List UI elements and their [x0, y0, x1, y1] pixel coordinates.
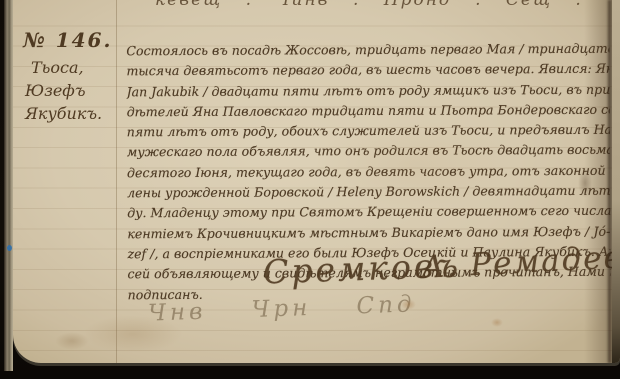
body-line: пяти лѣтъ отъ роду, обоихъ служителей из… — [127, 120, 610, 143]
body-line: Jan Jakubik / двадцати пяти лѣтъ отъ род… — [127, 79, 610, 102]
body-line: ду. Младенцу этому при Святомъ Крещеніи … — [127, 201, 610, 224]
margin-place-name: Тьоса, — [31, 58, 84, 77]
page-crease — [608, 0, 611, 363]
margin-child-given-name: Юзефъ — [25, 81, 85, 100]
register-page: кевещ . Чинв . Пронд . Сещ . № 146. Тьос… — [13, 0, 620, 363]
body-line: дѣтелей Яна Павловскаго тридцати пяти и … — [127, 100, 610, 123]
scanned-register-photo: кевещ . Чинв . Пронд . Сещ . № 146. Тьос… — [0, 0, 620, 379]
body-line: кентіемъ Крочивницкимъ мѣстнымъ Викаріем… — [127, 221, 610, 244]
facing-page-sliver — [612, 0, 620, 363]
record-number: № 146. — [23, 28, 112, 52]
body-line: Состоялось въ посадѣ Жоссовѣ, тридцать п… — [126, 39, 609, 62]
blue-ink-dot — [7, 245, 12, 251]
header-fragment-cutoff: кевещ . Чинв . Пронд . Сещ . — [155, 0, 583, 10]
margin-rule-line — [116, 0, 117, 363]
body-line: десятого Іюня, текущаго года, въ девять … — [127, 161, 610, 184]
book-page-stack-edge — [4, 0, 13, 371]
body-line: лены урожденной Боровской / Heleny Borow… — [127, 181, 610, 204]
margin-child-surname: Якубикъ. — [25, 104, 102, 123]
body-line: тысяча девятьсотъ перваго года, въ шесть… — [126, 59, 609, 82]
body-line: мужескаго пола объявляя, что онъ родился… — [127, 140, 610, 163]
